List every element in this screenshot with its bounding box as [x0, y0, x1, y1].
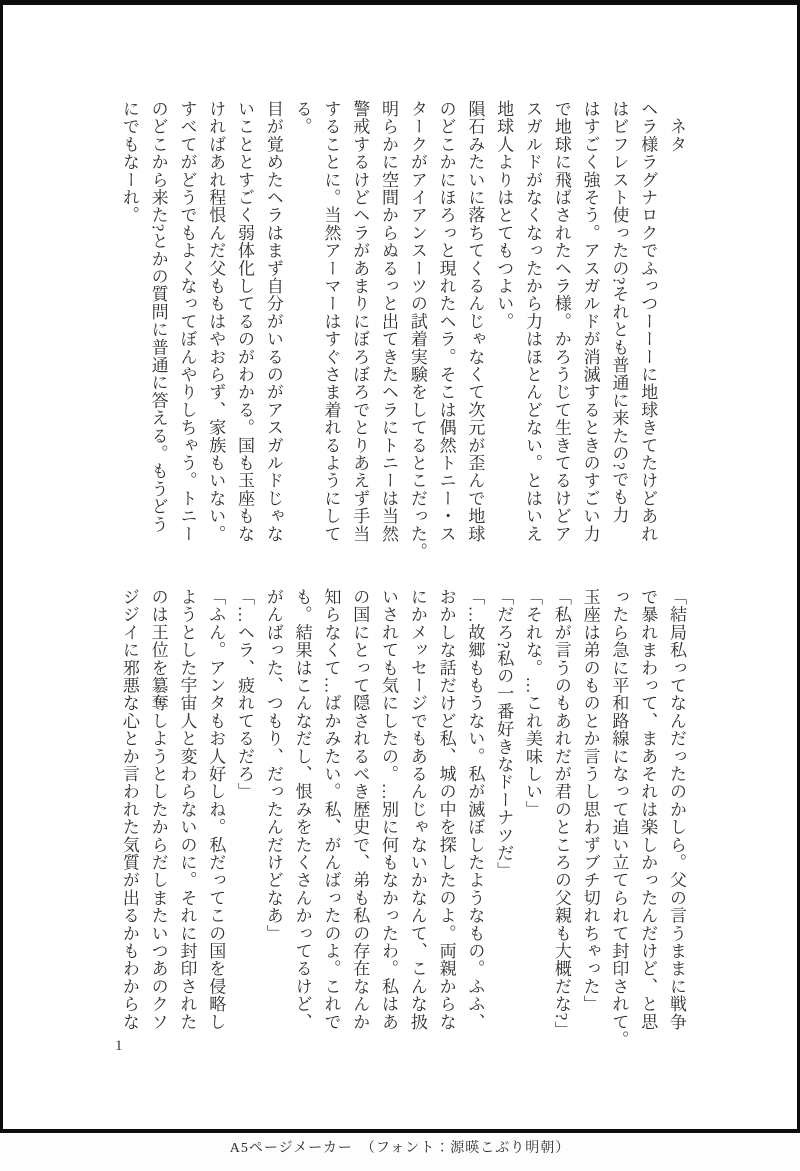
text-column: ったら急に平和路線になって追い立てられて封印されて。 [604, 588, 633, 1040]
text-column: ネタ [661, 100, 690, 552]
text-column: 警戒するけどヘラがあまりにぼろぼろでとりあえず手当 [344, 100, 373, 552]
footer-generator-credit: A5ページメーカー （フォント：源暎こぶり明朝） [0, 1137, 800, 1157]
text-column: 「…ヘラ、疲れてるだろ」 [229, 588, 258, 1040]
page-sheet: ネタヘラ様ラグナロクでふっつーーーに地球きてたけどあれはビフレスト使ったの?それ… [0, 0, 800, 1133]
text-column: 「…故郷ももうない。私が滅ぼしたようなもの。ふふ、 [460, 588, 489, 1040]
text-column: も。結果はこんなだし、恨みをたくさんかってるけど、 [287, 588, 316, 1040]
text-column: いされても気にしたの。…別に何もなかったわ。私はあ [373, 588, 402, 1040]
text-column: ようとした宇宙人と変わらないのに。それに封印された [172, 588, 201, 1040]
text-column: のどこかにほろっと現れたヘラ。そこは偶然トニー・ス [431, 100, 460, 552]
text-column: がんばった、つもり、だったんだけどなあ」 [258, 588, 287, 1040]
text-column: おかしな話だけど私、城の中を探したのよ。両親からな [431, 588, 460, 1040]
text-column: することに。当然アーマーはすぐさま着れるようにして [316, 100, 345, 552]
text-column: 「だろ?私の一番好きなドーナツだ」 [488, 588, 517, 1040]
page-number: 1 [115, 1038, 123, 1055]
text-column: 玉座は弟のものとか言うし思わずブチ切れちゃった」 [575, 588, 604, 1040]
text-column: 「ふん。アンタもお人好しね。私だってこの国を侵略し [200, 588, 229, 1040]
text-column: タークがアイアンスーツの試着実験をしてるとこだった。 [402, 100, 431, 552]
text-column: 目が覚めたヘラはまず自分がいるのがアスガルドじゃな [258, 100, 287, 552]
text-column: のは王位を簒奪しようとしたからだしまたいつあのクソ [143, 588, 172, 1040]
text-column: はすごく強そう。アスガルドが消滅するときのすごい力 [575, 100, 604, 552]
text-column: ヘラ様ラグナロクでふっつーーーに地球きてたけどあれ [632, 100, 661, 552]
text-column: 地球人よりはとてもつよい。 [488, 100, 517, 552]
text-column: の国にとって隠されるべき歴史で、弟も私の存在なんか [344, 588, 373, 1040]
text-band-lower: 「結局私ってなんだったのかしら。父の言うままに戦争で暴れまわって、まあそれは楽し… [114, 588, 690, 1040]
text-column: にかメッセージでもあるんじゃないかなんて、こんな扱 [402, 588, 431, 1040]
text-column: 「私が言うのもあれだが君のところの父親も大概だな?」 [546, 588, 575, 1040]
screenshot-viewport: ネタヘラ様ラグナロクでふっつーーーに地球きてたけどあれはビフレスト使ったの?それ… [0, 0, 800, 1171]
text-column: ければあれ程恨んだ父ももはやおらず、家族もいない。 [200, 100, 229, 552]
text-column: で暴れまわって、まあそれは楽しかったんだけど、と思 [632, 588, 661, 1040]
text-column: はビフレスト使ったの?それとも普通に来たの?でも力 [604, 100, 633, 552]
text-column: のどこから来た?とかの質問に普通に答える。もうどう [143, 100, 172, 552]
text-column: る。 [287, 100, 316, 552]
text-column: 「それな。…これ美味しい」 [517, 588, 546, 1040]
text-column: スガルドがなくなったから力はほとんどない。とはいえ [517, 100, 546, 552]
text-column: ジジイに邪悪な心とか言われた気質が出るかもわからな [114, 588, 143, 1040]
text-column: にでもなーれ。 [114, 100, 143, 552]
text-column: 「結局私ってなんだったのかしら。父の言うままに戦争 [661, 588, 690, 1040]
text-column: 明らかに空間からぬるっと出てきたヘラにトニーは当然 [373, 100, 402, 552]
text-column: すべてがどうでもよくなってぼんやりしちゃう。トニー [172, 100, 201, 552]
text-column: 知らなくて…ばかみたい。私、がんばったのよ。これで [316, 588, 345, 1040]
text-column: いこととすごく弱体化してるのがわかる。国も玉座もな [229, 100, 258, 552]
text-column: で地球に飛ばされたヘラ様。かろうじて生きてるけどア [546, 100, 575, 552]
text-band-upper: ネタヘラ様ラグナロクでふっつーーーに地球きてたけどあれはビフレスト使ったの?それ… [114, 100, 690, 552]
text-column: 隕石みたいに落ちてくるんじゃなくて次元が歪んで地球 [460, 100, 489, 552]
